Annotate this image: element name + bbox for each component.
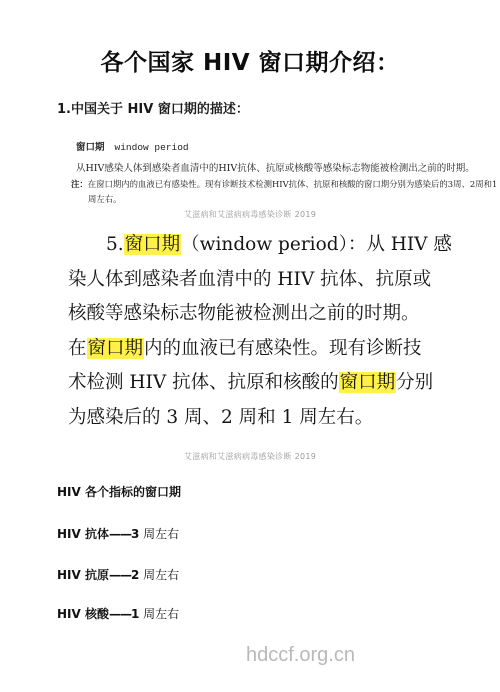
highlighted-term: 窗口期 xyxy=(87,338,145,359)
excerpt-line: 为感染后的 3 周、2 周和 1 周左右。 xyxy=(68,403,448,438)
glossary-note-continued: 周左右。 xyxy=(88,193,122,205)
excerpt-text: 内的血液已有感染性。现有诊断技 xyxy=(144,338,422,359)
excerpt-line: 核酸等感染标志物能被检测出之前的时期。 xyxy=(68,299,448,334)
excerpt-text: （window period）：从 HIV 感 xyxy=(181,234,452,255)
weeks-unit: 周左右 xyxy=(139,527,179,541)
excerpt-line: 在窗口期内的血液已有感染性。现有诊断技 xyxy=(68,334,448,369)
term-english: window period xyxy=(115,142,189,153)
dash-separator: —— xyxy=(109,607,131,621)
site-watermark: hdccf.org.cn xyxy=(246,644,355,667)
highlighted-term: 窗口期 xyxy=(124,234,182,255)
item-number: 5. xyxy=(106,234,124,255)
list-item-antibody: HIV 抗体——3 周左右 xyxy=(57,525,179,542)
list-item-antigen: HIV 抗原——2 周左右 xyxy=(57,566,179,583)
summary-heading: HIV 各个指标的窗口期 xyxy=(57,483,181,500)
weeks-unit: 周左右 xyxy=(139,568,179,582)
list-item-nucleic-acid: HIV 核酸——1 周左右 xyxy=(57,605,179,622)
source-caption: 艾滋病和艾滋病病毒感染诊断 2019 xyxy=(0,209,500,220)
note-text: 在窗口期内的血液已有感染性。现有诊断技术检测HIV抗体、抗原和核酸的窗口期分别为… xyxy=(88,179,498,189)
dash-separator: —— xyxy=(109,568,131,582)
term-chinese: 窗口期 xyxy=(76,142,105,153)
excerpt-text: 在 xyxy=(68,338,87,359)
glossary-note: 注：在窗口期内的血液已有感染性。现有诊断技术检测HIV抗体、抗原和核酸的窗口期分… xyxy=(71,178,497,190)
excerpt-text: 分别 xyxy=(396,372,433,393)
excerpt-line: 术检测 HIV 抗体、抗原和核酸的窗口期分别 xyxy=(68,368,448,403)
note-label: 注： xyxy=(71,179,88,189)
indicator-label: HIV 核酸 xyxy=(57,607,109,621)
highlighted-term: 窗口期 xyxy=(339,372,397,393)
excerpt-line: 5.窗口期（window period）：从 HIV 感 xyxy=(68,230,448,265)
source-caption: 艾滋病和艾滋病病毒感染诊断 2019 xyxy=(0,451,500,462)
section-heading-china: 1.中国关于 HIV 窗口期的描述： xyxy=(57,98,249,117)
page-title: 各个国家 HIV 窗口期介绍： xyxy=(0,44,500,77)
excerpt-line: 染人体到感染者血清中的 HIV 抗体、抗原或 xyxy=(68,265,448,300)
indicator-label: HIV 抗原 xyxy=(57,568,109,582)
glossary-definition: 从HIV感染人体到感染者血清中的HIV抗体、抗原或核酸等感染标志物能被检测出之前… xyxy=(76,160,475,174)
excerpt-text: 术检测 HIV 抗体、抗原和核酸的 xyxy=(68,372,339,393)
indicator-label: HIV 抗体 xyxy=(57,527,109,541)
dash-separator: —— xyxy=(109,527,131,541)
guideline-excerpt: 5.窗口期（window period）：从 HIV 感 染人体到感染者血清中的… xyxy=(68,230,448,437)
weeks-unit: 周左右 xyxy=(139,607,179,621)
glossary-term: 窗口期window period xyxy=(76,139,189,153)
